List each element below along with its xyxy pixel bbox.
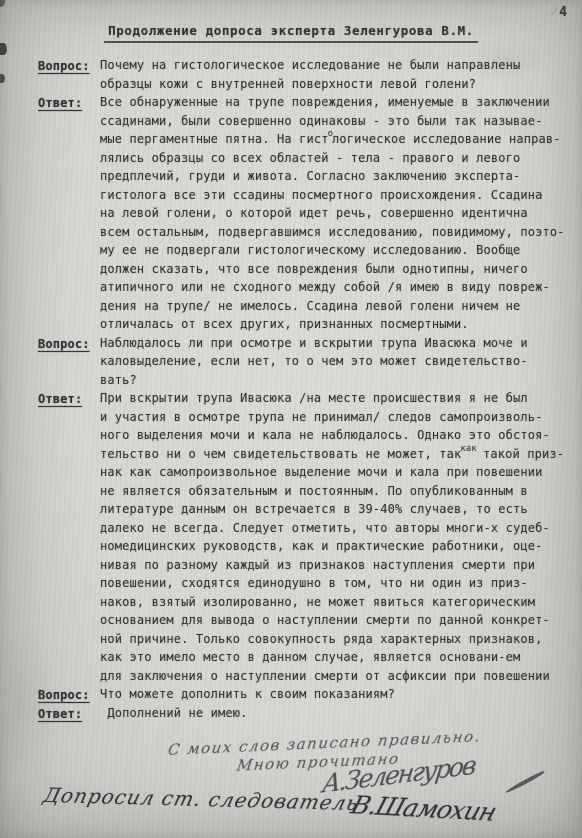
qa-row: наков, взятый изолированно, не может яви… — [38, 595, 576, 614]
qa-row: не является обязательным и постоянным. П… — [38, 484, 576, 503]
qa-line: ной причине. Только совокупность ряда ха… — [100, 632, 576, 646]
qa-line: предплечий, груди и живота. Согласно зак… — [100, 169, 576, 183]
qa-row: Ответ: Дополнений не имею. — [38, 706, 576, 725]
qa-row: далеко не всегда. Следует отметить, что … — [38, 521, 576, 540]
qa-row: Ответ:При вскрытии трупа Ивасюка /на мес… — [38, 391, 576, 410]
qa-line: дения на трупе/ не имелось. Ссадина лево… — [100, 299, 576, 313]
qa-line: каловыделение, если нет, то о чем это мо… — [100, 354, 576, 368]
qa-line: и участия в осмотре трупа не принимал/ с… — [100, 410, 576, 424]
qa-line: номедицинских руководств, как и практиче… — [100, 539, 576, 553]
left-edge-mark — [0, 74, 5, 83]
qa-line: Все обнаруженные на трупе повреждения, и… — [100, 95, 576, 109]
document-scan-page: ⁄4 Продолжение допроса эксперта Зеленгур… — [0, 0, 582, 838]
qa-line: атипичного или не сходного между собой /… — [100, 280, 576, 294]
qa-line: нивая по разному каждый из признаков нас… — [100, 558, 576, 572]
qa-line: тельство ни о чем свидетельствовать не м… — [100, 447, 576, 461]
qa-row: ссадинами, были совершенно одинаковы - э… — [38, 114, 576, 133]
qa-line: как это имело место в данном случае, явл… — [100, 650, 576, 664]
qa-section: Вопрос:Почему на гистологическое исследо… — [38, 58, 576, 724]
qa-row: дения на трупе/ не имелось. Ссадина лево… — [38, 299, 576, 318]
qa-line: не является обязательным и постоянным. П… — [100, 484, 576, 498]
qa-row: Вопрос:Наблюдалось ли при осмотре и вскр… — [38, 336, 576, 355]
qa-line: лялись образцы со всех областей - тела -… — [100, 151, 576, 165]
qa-row: тельство ни о чем свидетельствовать не м… — [38, 447, 576, 466]
qa-row: номедицинских руководств, как и практиче… — [38, 539, 576, 558]
qa-line: мые пергаментные пятна. На гистологическ… — [100, 132, 576, 146]
qa-line: При вскрытии трупа Ивасюка /на месте про… — [100, 391, 576, 405]
pen-flourish-stroke — [505, 770, 546, 794]
qa-row: на левой голени, о которой идет речь, со… — [38, 206, 576, 225]
qa-row: основанием для вывода о наступлении смер… — [38, 613, 576, 632]
qa-row: как это имело место в данном случае, явл… — [38, 650, 576, 669]
qa-row: должен сказать, что все повреждения были… — [38, 262, 576, 281]
qa-row: Вопрос:Почему на гистологическое исследо… — [38, 58, 576, 77]
qa-line: для заключения о наступлении смерти от а… — [100, 669, 576, 683]
page-number-value: 4 — [559, 5, 568, 20]
qa-line: Что можете дополнить к своим показаниям? — [100, 687, 576, 701]
qa-row: и участия в осмотре трупа не принимал/ с… — [38, 410, 576, 429]
qa-row: му ее не подвергали гистологическому исс… — [38, 243, 576, 262]
qa-line: Почему на гистологическое исследование н… — [100, 58, 576, 72]
qa-line: литературе данным он встречается в 39-40… — [100, 502, 576, 516]
page-number: ⁄4 — [550, 5, 568, 20]
qa-row: ного выделения мочи и кала не наблюдалос… — [38, 428, 576, 447]
qa-row: нивая по разному каждый из признаков нас… — [38, 558, 576, 577]
qa-row: каловыделение, если нет, то о чем это мо… — [38, 354, 576, 373]
qa-row: Ответ:Все обнаруженные на трупе поврежде… — [38, 95, 576, 114]
qa-label: Вопрос: — [38, 337, 90, 351]
qa-label: Вопрос: — [38, 59, 90, 73]
qa-line: ссадинами, были совершенно одинаковы - э… — [100, 114, 576, 128]
header: Продолжение допроса эксперта Зеленгурова… — [0, 20, 582, 43]
qa-line: наков, взятый изолированно, не может яви… — [100, 595, 576, 609]
page-number-faint-mark: ⁄ — [550, 5, 559, 20]
qa-row: вать? — [38, 373, 576, 392]
inserted-correction: как — [460, 444, 476, 454]
qa-line: Наблюдалось ли при осмотре и вскрытии тр… — [100, 336, 576, 350]
handwritten-interrogator-line: Допросил ст. следователь — [41, 783, 361, 815]
qa-row: атипичного или не сходного между собой /… — [38, 280, 576, 299]
qa-row: образцы кожи с внутренней поверхности ле… — [38, 77, 576, 96]
qa-line: образцы кожи с внутренней поверхности ле… — [100, 77, 576, 91]
qa-line: всем остальным, подвергавшимся исследова… — [100, 225, 576, 239]
qa-row: гистолога все эти ссадины посмертного пр… — [38, 188, 576, 207]
corner-mark — [0, 0, 5, 7]
left-edge-mark — [0, 43, 7, 55]
qa-row: предплечий, груди и живота. Согласно зак… — [38, 169, 576, 188]
qa-line: основанием для вывода о наступлении смер… — [100, 613, 576, 627]
qa-row: нак как самопроизвольное выделение мочи … — [38, 465, 576, 484]
qa-row: всем остальным, подвергавшимся исследова… — [38, 225, 576, 244]
qa-row: Вопрос:Что можете дополнить к своим пока… — [38, 687, 576, 706]
qa-line: му ее не подвергали гистологическому исс… — [100, 243, 576, 257]
qa-row: ной причине. Только совокупность ряда ха… — [38, 632, 576, 651]
qa-label: Ответ: — [38, 707, 82, 721]
qa-label: Ответ: — [38, 96, 82, 110]
qa-line: вать? — [100, 373, 576, 387]
qa-line: нак как самопроизвольное выделение мочи … — [100, 465, 576, 479]
document-title: Продолжение допроса эксперта Зеленгурова… — [104, 23, 478, 43]
qa-row: для заключения о наступлении смерти от а… — [38, 669, 576, 688]
qa-line: гистолога все эти ссадины посмертного пр… — [100, 188, 576, 202]
interrogator-signature: В.Шамохин — [348, 790, 500, 826]
inserted-correction: о — [328, 129, 333, 139]
qa-line: далеко не всегда. Следует отметить, что … — [100, 521, 576, 535]
qa-label: Ответ: — [38, 392, 82, 406]
qa-line: повешении, сходятся единодушно в том, чт… — [100, 576, 576, 590]
qa-row: литературе данным он встречается в 39-40… — [38, 502, 576, 521]
qa-line: отличалась от всех других, признанных по… — [100, 317, 576, 331]
qa-line: Дополнений не имею. — [100, 706, 576, 720]
qa-row: отличалась от всех других, признанных по… — [38, 317, 576, 336]
qa-line: должен сказать, что все повреждения были… — [100, 262, 576, 276]
qa-row: мые пергаментные пятна. На гистологическ… — [38, 132, 576, 151]
qa-label: Вопрос: — [38, 688, 90, 702]
qa-row: лялись образцы со всех областей - тела -… — [38, 151, 576, 170]
qa-line: на левой голени, о которой идет речь, со… — [100, 206, 576, 220]
qa-line: ного выделения мочи и кала не наблюдалос… — [100, 428, 576, 442]
qa-row: повешении, сходятся единодушно в том, чт… — [38, 576, 576, 595]
